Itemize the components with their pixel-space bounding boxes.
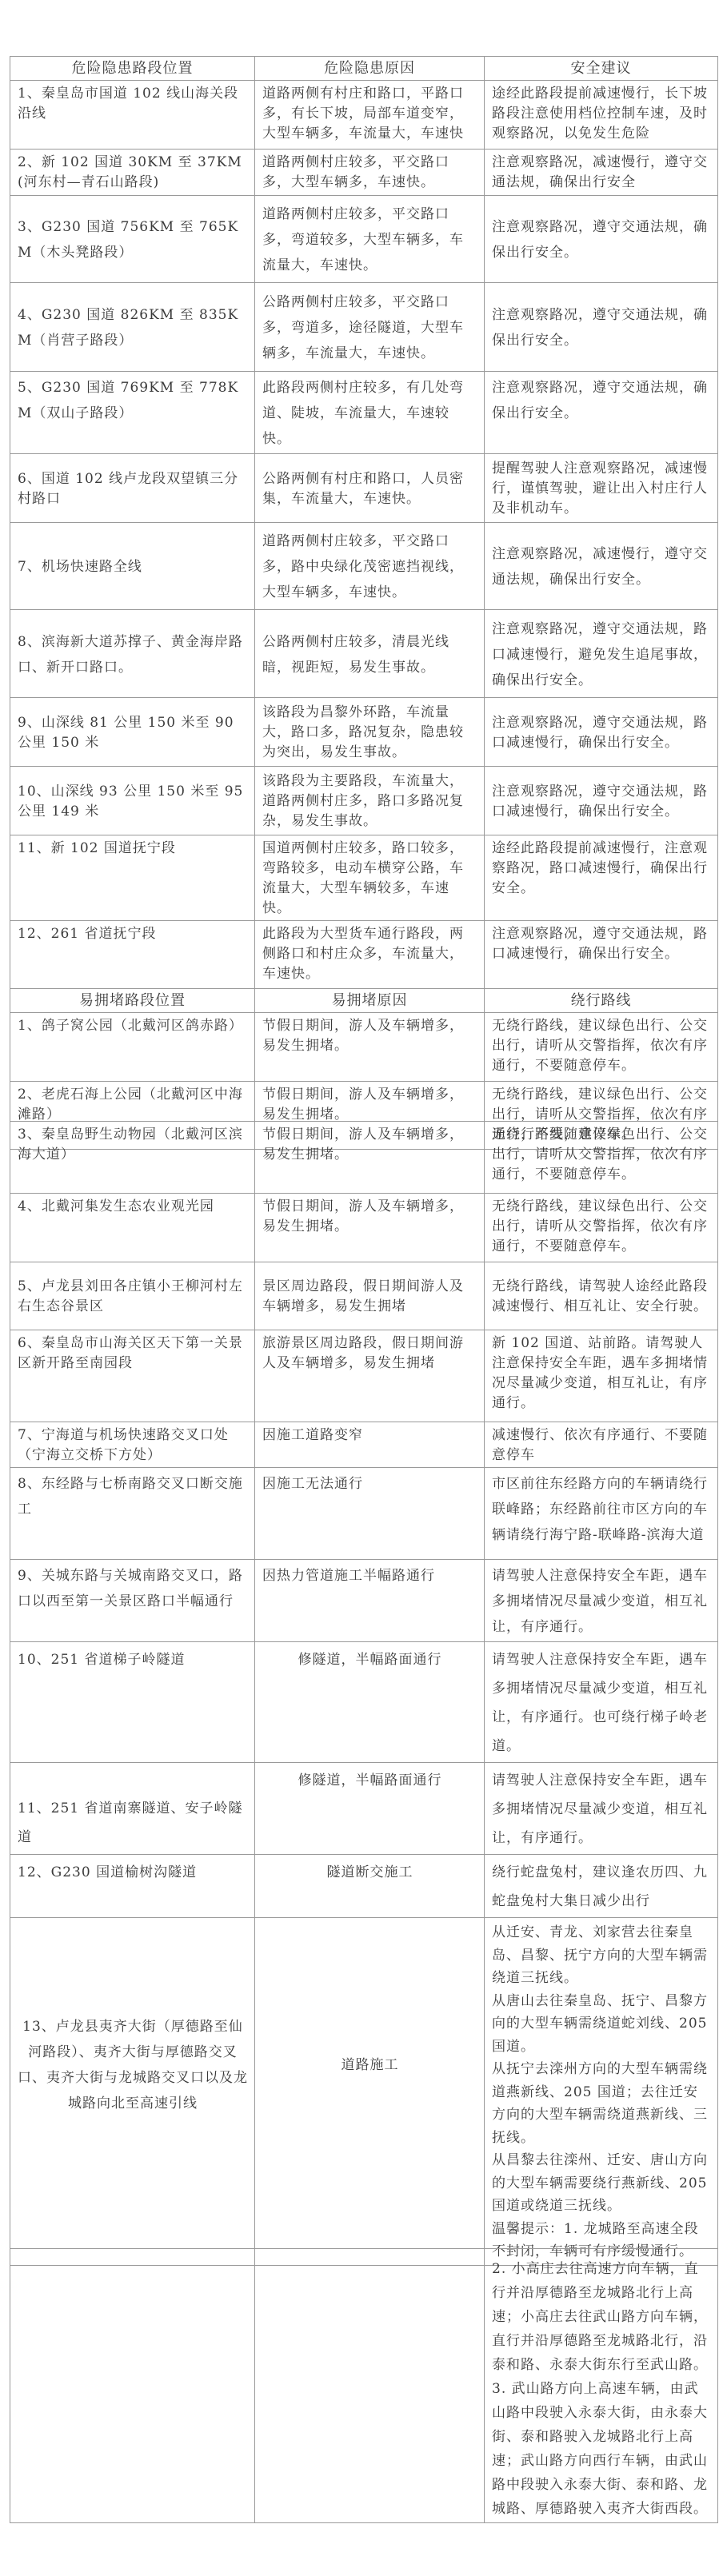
route-cell: 市区前往东经路方向的车辆请绕行联峰路；东经路前往市区方向的车辆请绕行海宁路-联峰… xyxy=(485,1468,718,1560)
location-cell: 8、滨海新大道苏撑子、黄金海岸路口、新开口路口。 xyxy=(10,610,255,698)
route-cell: 2. 小高庄去往高速方向车辆，直行并沿厚德路至龙城路北行上高速；小高庄去往武山路… xyxy=(485,2249,718,2523)
reason-cell: 公路两侧村庄较多，清晨光线暗，视距短，易发生事故。 xyxy=(255,610,485,698)
route-cell: 无绕行路线，建议绿色出行、公交出行，请听从交警指挥，依次有序通行，不要随意停车。 xyxy=(485,1194,718,1262)
table-row: 9、山深线 81 公里 150 米至 90 公里 150 米 该路段为昌黎外环路… xyxy=(10,698,718,767)
location-cell: 5、卢龙县刘田各庄镇小王柳河村左右生态谷景区 xyxy=(10,1262,255,1330)
table-row: 9、关城东路与关城南路交叉口，路口以西至第一关景区路口半幅通行 因热力管道施工半… xyxy=(10,1560,718,1642)
header-location: 危险隐患路段位置 xyxy=(10,57,255,81)
route-cell: 请驾驶人注意保持安全车距，遇车多拥堵情况尽量减少变道，相互礼让，有序通行。也可绕… xyxy=(485,1642,718,1763)
table-row: 3、秦皇岛野生动物园（北戴河区滨海大道） 节假日期间，游人及车辆增多，易发生拥堵… xyxy=(10,1122,718,1194)
table-row: 7、宁海道与机场快速路交叉口处（宁海立交桥下方处） 因施工道路变窄 减速慢行、依… xyxy=(10,1422,718,1468)
table-row: 12、G230 国道榆树沟隧道 隧道断交施工 绕行蛇盘兔村，建议逢农历四、九蛇盘… xyxy=(10,1855,718,1918)
location-cell: 3、秦皇岛野生动物园（北戴河区滨海大道） xyxy=(10,1122,255,1194)
reason-cell: 道路两侧村庄较多，平交路口多，弯道较多，大型车辆多，车流量大，车速快。 xyxy=(255,196,485,283)
table-row: 6、国道 102 线卢龙段双望镇三分村路口 公路两侧有村庄和路口，人员密集，车流… xyxy=(10,454,718,523)
advice-cell: 注意观察路况，减速慢行，遵守交通法规，确保出行安全 xyxy=(485,150,718,196)
congestion-header-row: 易拥堵路段位置 易拥堵原因 绕行路线 xyxy=(10,989,718,1013)
location-cell: 11、新 102 国道抚宁段 xyxy=(10,835,255,921)
route-cell: 绕行蛇盘兔村，建议逢农历四、九蛇盘兔村大集日减少出行 xyxy=(485,1855,718,1918)
reason-cell: 道路两侧有村庄和路口，平路口多，有长下坡，局部车道变窄，大型车辆多，车流量大，车… xyxy=(255,81,485,150)
location-cell: 10、山深线 93 公里 150 米至 95 公里 149 米 xyxy=(10,767,255,835)
reason-cell: 道路两侧村庄较多，平交路口多，路中央绿化茂密遮挡视线，大型车辆多，车速快。 xyxy=(255,523,485,610)
table-row: 10、251 省道梯子岭隧道 修隧道，半幅路面通行 请驾驶人注意保持安全车距，遇… xyxy=(10,1642,718,1763)
table-row: 10、山深线 93 公里 150 米至 95 公里 149 米 该路段为主要路段… xyxy=(10,767,718,835)
congestion-table-continued: 3、秦皇岛野生动物园（北戴河区滨海大道） 节假日期间，游人及车辆增多，易发生拥堵… xyxy=(10,1121,718,2266)
location-cell: 3、G230 国道 756KM 至 765KM（木头凳路段） xyxy=(10,196,255,283)
reason-cell: 此路段为大型货车通行路段，两侧路口和村庄众多，车流量大，车速快。 xyxy=(255,921,485,989)
reason-cell: 该路段为昌黎外环路，车流量大，路口多，路况复杂，隐患较为突出，易发生事故。 xyxy=(255,698,485,767)
reason-cell: 修隧道，半幅路面通行 xyxy=(255,1763,485,1855)
table-row: 2. 小高庄去往高速方向车辆，直行并沿厚德路至龙城路北行上高速；小高庄去往武山路… xyxy=(10,2249,718,2523)
route-cell: 请驾驶人注意保持安全车距，遇车多拥堵情况尽量减少变道，相互礼让，有序通行。 xyxy=(485,1560,718,1642)
route-cell: 请驾驶人注意保持安全车距，遇车多拥堵情况尽量减少变道，相互礼让，有序通行。 xyxy=(485,1763,718,1855)
advice-cell: 注意观察路况，遵守交通法规，路口减速慢行，确保出行安全。 xyxy=(485,767,718,835)
location-cell: 5、G230 国道 769KM 至 778KM（双山子路段） xyxy=(10,372,255,454)
table-row: 7、机场快速路全线 道路两侧村庄较多，平交路口多，路中央绿化茂密遮挡视线，大型车… xyxy=(10,523,718,610)
reason-cell: 公路两侧有村庄和路口，人员密集，车流量大，车速快。 xyxy=(255,454,485,523)
reason-cell: 旅游景区周边路段，假日期间游人及车辆增多，易发生拥堵 xyxy=(255,1330,485,1422)
table-header-row: 危险隐患路段位置 危险隐患原因 安全建议 xyxy=(10,57,718,81)
location-cell: 7、宁海道与机场快速路交叉口处（宁海立交桥下方处） xyxy=(10,1422,255,1468)
reason-cell: 节假日期间，游人及车辆增多，易发生拥堵。 xyxy=(255,1013,485,1082)
reason-cell: 该路段为主要路段，车流量大，道路两侧村庄多，路口多路况复杂，易发生事故。 xyxy=(255,767,485,835)
table-row: 6、秦皇岛市山海关区天下第一关景区新开路至南园段 旅游景区周边路段，假日期间游人… xyxy=(10,1330,718,1422)
congestion-table-continuation: 2. 小高庄去往高速方向车辆，直行并沿厚德路至龙城路北行上高速；小高庄去往武山路… xyxy=(10,2248,718,2523)
table-row: 5、卢龙县刘田各庄镇小王柳河村左右生态谷景区 景区周边路段，假日期间游人及车辆增… xyxy=(10,1262,718,1330)
route-cell: 新 102 国道、站前路。请驾驶人注意保持安全车距，遇车多拥堵情况尽量减少变道，… xyxy=(485,1330,718,1422)
table-row: 4、北戴河集发生态农业观光园 节假日期间，游人及车辆增多，易发生拥堵。 无绕行路… xyxy=(10,1194,718,1262)
header-congestion-reason: 易拥堵原因 xyxy=(255,989,485,1013)
location-cell: 12、G230 国道榆树沟隧道 xyxy=(10,1855,255,1918)
reason-cell: 景区周边路段，假日期间游人及车辆增多，易发生拥堵 xyxy=(255,1262,485,1330)
route-cell: 减速慢行、依次有序通行、不要随意停车 xyxy=(485,1422,718,1468)
location-cell: 4、北戴河集发生态农业观光园 xyxy=(10,1194,255,1262)
hazard-road-table: 危险隐患路段位置 危险隐患原因 安全建议 1、秦皇岛市国道 102 线山海关段沿… xyxy=(10,56,718,1150)
advice-cell: 途经此路段提前减速慢行，长下坡路段注意使用档位控制车速，及时观察路况，以免发生危… xyxy=(485,81,718,150)
reason-cell: 道路两侧村庄较多，平交路口多，大型车辆多，车速快。 xyxy=(255,150,485,196)
table-row: 13、卢龙县夷齐大街（厚德路至仙河路段）、夷齐大街与厚德路交叉口、夷齐大街与龙城… xyxy=(10,1918,718,2266)
location-cell: 9、关城东路与关城南路交叉口，路口以西至第一关景区路口半幅通行 xyxy=(10,1560,255,1642)
location-cell: 9、山深线 81 公里 150 米至 90 公里 150 米 xyxy=(10,698,255,767)
reason-cell: 公路两侧村庄较多，平交路口多，弯道多，途径隧道，大型车辆多，车流量大，车速快。 xyxy=(255,283,485,372)
advice-cell: 注意观察路况，减速慢行，遵守交通法规，确保出行安全。 xyxy=(485,523,718,610)
reason-cell: 国道两侧村庄较多，路口较多，弯路较多，电动车横穿公路，车流量大，大型车辆较多，车… xyxy=(255,835,485,921)
reason-cell: 道路施工 xyxy=(255,1918,485,2266)
advice-cell: 途经此路段提前减速慢行，注意观察路况，路口减速慢行，确保出行安全。 xyxy=(485,835,718,921)
route-cell: 无绕行路线，建议绿色出行、公交出行，请听从交警指挥，依次有序通行，不要随意停车。 xyxy=(485,1013,718,1082)
reason-cell: 因施工无法通行 xyxy=(255,1468,485,1560)
location-cell xyxy=(10,2249,255,2523)
reason-cell: 因施工道路变窄 xyxy=(255,1422,485,1468)
advice-cell: 注意观察路况，遵守交通法规，确保出行安全。 xyxy=(485,196,718,283)
table-row: 11、251 省道南寨隧道、安子岭隧道 修隧道，半幅路面通行 请驾驶人注意保持安… xyxy=(10,1763,718,1855)
reason-cell xyxy=(255,2249,485,2523)
table-row: 8、滨海新大道苏撑子、黄金海岸路口、新开口路口。 公路两侧村庄较多，清晨光线暗，… xyxy=(10,610,718,698)
advice-cell: 注意观察路况，遵守交通法规，路口减速慢行，避免发生追尾事故，确保出行安全。 xyxy=(485,610,718,698)
advice-cell: 注意观察路况，遵守交通法规，路口减速慢行，确保出行安全。 xyxy=(485,698,718,767)
header-congestion-location: 易拥堵路段位置 xyxy=(10,989,255,1013)
location-cell: 1、秦皇岛市国道 102 线山海关段沿线 xyxy=(10,81,255,150)
location-cell: 2、新 102 国道 30KM 至 37KM(河东村—青石山路段) xyxy=(10,150,255,196)
location-cell: 1、鸽子窝公园（北戴河区鸽赤路） xyxy=(10,1013,255,1082)
location-cell: 12、261 省道抚宁段 xyxy=(10,921,255,989)
header-advice: 安全建议 xyxy=(485,57,718,81)
reason-cell: 此路段两侧村庄较多，有几处弯道、陡坡，车流量大，车速较快。 xyxy=(255,372,485,454)
table-row: 3、G230 国道 756KM 至 765KM（木头凳路段） 道路两侧村庄较多，… xyxy=(10,196,718,283)
location-cell: 6、秦皇岛市山海关区天下第一关景区新开路至南园段 xyxy=(10,1330,255,1422)
advice-cell: 注意观察路况，遵守交通法规，路口减速慢行，确保出行安全。 xyxy=(485,921,718,989)
reason-cell: 节假日期间，游人及车辆增多，易发生拥堵。 xyxy=(255,1194,485,1262)
table-row: 2、新 102 国道 30KM 至 37KM(河东村—青石山路段) 道路两侧村庄… xyxy=(10,150,718,196)
reason-cell: 节假日期间，游人及车辆增多，易发生拥堵。 xyxy=(255,1122,485,1194)
location-cell: 13、卢龙县夷齐大街（厚德路至仙河路段）、夷齐大街与厚德路交叉口、夷齐大街与龙城… xyxy=(10,1918,255,2266)
table-row: 11、新 102 国道抚宁段 国道两侧村庄较多，路口较多，弯路较多，电动车横穿公… xyxy=(10,835,718,921)
table-row: 12、261 省道抚宁段 此路段为大型货车通行路段，两侧路口和村庄众多，车流量大… xyxy=(10,921,718,989)
location-cell: 4、G230 国道 826KM 至 835KM（肖营子路段） xyxy=(10,283,255,372)
advice-cell: 提醒驾驶人注意观察路况，减速慢行，谨慎驾驶，避让出入村庄行人及非机动车。 xyxy=(485,454,718,523)
reason-cell: 修隧道，半幅路面通行 xyxy=(255,1642,485,1763)
location-cell: 6、国道 102 线卢龙段双望镇三分村路口 xyxy=(10,454,255,523)
reason-cell: 因热力管道施工半幅路通行 xyxy=(255,1560,485,1642)
table-row: 5、G230 国道 769KM 至 778KM（双山子路段） 此路段两侧村庄较多… xyxy=(10,372,718,454)
table-row: 1、秦皇岛市国道 102 线山海关段沿线 道路两侧有村庄和路口，平路口多，有长下… xyxy=(10,81,718,150)
route-cell: 从迁安、青龙、刘家营去往秦皇岛、昌黎、抚宁方向的大型车辆需绕道三抚线。 从唐山去… xyxy=(485,1918,718,2266)
location-cell: 10、251 省道梯子岭隧道 xyxy=(10,1642,255,1763)
table-row: 1、鸽子窝公园（北戴河区鸽赤路） 节假日期间，游人及车辆增多，易发生拥堵。 无绕… xyxy=(10,1013,718,1082)
advice-cell: 注意观察路况，遵守交通法规，确保出行安全。 xyxy=(485,283,718,372)
route-cell: 无绕行路线，请驾驶人途经此路段减速慢行、相互礼让、安全行驶。 xyxy=(485,1262,718,1330)
advice-cell: 注意观察路况，遵守交通法规，确保出行安全。 xyxy=(485,372,718,454)
table-row: 4、G230 国道 826KM 至 835KM（肖营子路段） 公路两侧村庄较多，… xyxy=(10,283,718,372)
route-cell: 无绕行路线，建议绿色出行、公交出行，请听从交警指挥，依次有序通行，不要随意停车。 xyxy=(485,1122,718,1194)
header-reason: 危险隐患原因 xyxy=(255,57,485,81)
header-detour-route: 绕行路线 xyxy=(485,989,718,1013)
reason-cell: 隧道断交施工 xyxy=(255,1855,485,1918)
location-cell: 7、机场快速路全线 xyxy=(10,523,255,610)
location-cell: 11、251 省道南寨隧道、安子岭隧道 xyxy=(10,1763,255,1855)
table-row: 8、东经路与七桥南路交叉口断交施工 因施工无法通行 市区前往东经路方向的车辆请绕… xyxy=(10,1468,718,1560)
location-cell: 8、东经路与七桥南路交叉口断交施工 xyxy=(10,1468,255,1560)
